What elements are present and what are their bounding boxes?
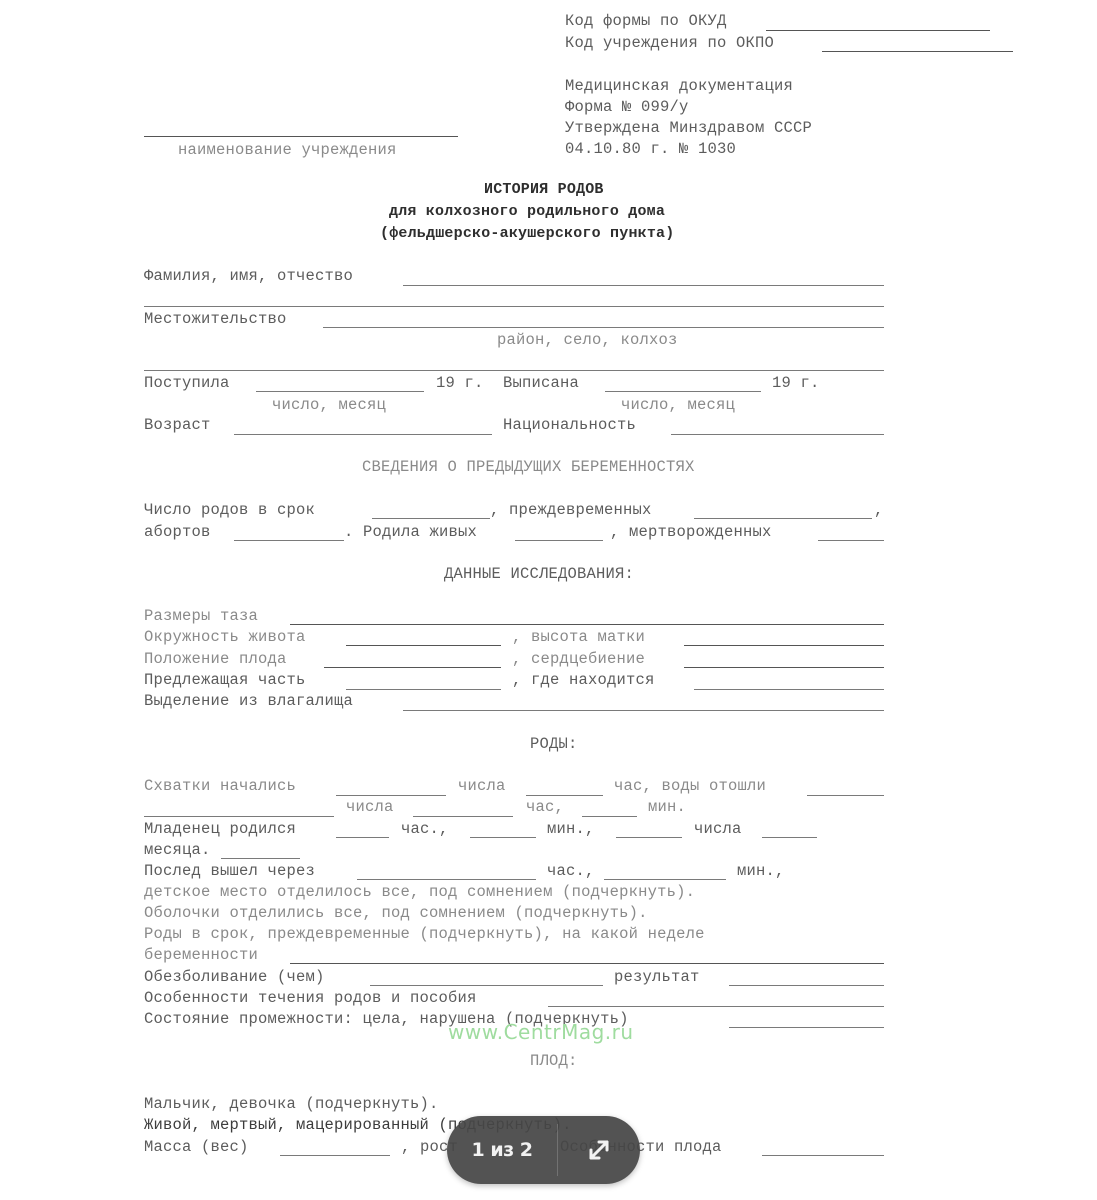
- abortions-field[interactable]: [234, 540, 344, 541]
- labor-features-label: Особенности течения родов и пособия: [144, 989, 477, 1007]
- approved-by: Утверждена Минздравом СССР: [565, 119, 812, 137]
- nationality-field[interactable]: [671, 434, 884, 435]
- month-field[interactable]: [221, 858, 300, 859]
- anesthesia-label: Обезболивание (чем): [144, 968, 325, 986]
- fio-field[interactable]: [403, 285, 884, 286]
- institution-field[interactable]: [144, 136, 458, 137]
- year-suffix-2: 19 г.: [772, 374, 820, 392]
- expand-arrows-icon: [586, 1137, 612, 1163]
- placenta-min-field[interactable]: [604, 879, 726, 880]
- uterus-height-label: , высота матки: [512, 628, 645, 646]
- pregnancy-week-field[interactable]: [290, 963, 884, 964]
- fetus-heading: ПЛОД:: [530, 1052, 578, 1070]
- approved-date: 04.10.80 г. № 1030: [565, 140, 736, 158]
- exam-heading: ДАННЫЕ ИССЛЕДОВАНИЯ:: [444, 565, 634, 583]
- stillborn-label: , мертворожденных: [610, 523, 772, 541]
- doc-title: ИСТОРИЯ РОДОВ: [484, 181, 604, 198]
- day-label-3: числа: [694, 820, 742, 838]
- residence-caption: район, село, колхоз: [497, 331, 678, 349]
- placenta-hour-field[interactable]: [357, 879, 536, 880]
- admitted-date-field[interactable]: [256, 391, 424, 392]
- contractions-label: Схватки начались: [144, 777, 296, 795]
- perineum-field[interactable]: [729, 1027, 884, 1028]
- date-caption-2: число, месяц: [621, 396, 735, 414]
- placenta-separation: детское место отделилось все, под сомнен…: [144, 883, 695, 901]
- residence-field[interactable]: [323, 327, 884, 328]
- location-field[interactable]: [694, 689, 884, 690]
- watermark: www.CentrMag.ru: [448, 1020, 634, 1044]
- term-births-field[interactable]: [372, 518, 490, 519]
- hour-label-3: час.,: [401, 820, 449, 838]
- premature-field[interactable]: [694, 518, 872, 519]
- sex-label: Мальчик, девочка (подчеркнуть).: [144, 1095, 439, 1113]
- baby-born-min-field[interactable]: [470, 837, 536, 838]
- fetus-position-label: Положение плода: [144, 650, 287, 668]
- nationality-label: Национальность: [503, 416, 636, 434]
- uterus-height-field[interactable]: [684, 645, 884, 646]
- stillborn-field[interactable]: [818, 540, 884, 541]
- month-label: месяца.: [144, 841, 211, 859]
- term-births-label: Число родов в срок: [144, 501, 315, 519]
- presenting-part-field[interactable]: [346, 689, 501, 690]
- fio-label: Фамилия, имя, отчество: [144, 267, 353, 285]
- membranes: Оболочки отделились все, под сомнением (…: [144, 904, 648, 922]
- heartbeat-field[interactable]: [684, 667, 884, 668]
- heartbeat-label: , сердцебиение: [512, 650, 645, 668]
- born-alive-field[interactable]: [515, 540, 603, 541]
- abdomen-label: Окружность живота: [144, 628, 306, 646]
- mass-label: Масса (вес): [144, 1138, 249, 1156]
- doc-subtitle-2: (фельдшерско-акушерского пункта): [380, 225, 674, 242]
- discharge-field[interactable]: [403, 710, 884, 711]
- institution-caption: наименование учреждения: [178, 141, 397, 159]
- presenting-part-label: Предлежащая часть: [144, 671, 306, 689]
- discharged-label: Выписана: [503, 374, 579, 392]
- waters-hour-field[interactable]: [582, 816, 637, 817]
- waters-field[interactable]: [807, 795, 884, 796]
- min-label-4: мин.,: [737, 862, 785, 880]
- result-field[interactable]: [729, 985, 884, 986]
- min-label-2: мин.: [648, 798, 686, 816]
- page-indicator[interactable]: 1 из 2: [447, 1139, 557, 1161]
- waters-field-2[interactable]: [144, 816, 334, 817]
- waters-label: час, воды отошли: [614, 777, 766, 795]
- age-label: Возраст: [144, 416, 211, 434]
- okpo-label: Код учреждения по ОКПО: [565, 34, 774, 52]
- baby-born-hour-field[interactable]: [336, 837, 389, 838]
- min-label-3: мин.,: [547, 820, 595, 838]
- result-label: результат: [614, 968, 700, 986]
- pelvis-label: Размеры таза: [144, 607, 258, 625]
- pelvis-field[interactable]: [290, 624, 884, 625]
- anesthesia-field[interactable]: [370, 985, 603, 986]
- comma: ,: [874, 501, 884, 519]
- date-caption-1: число, месяц: [272, 396, 386, 414]
- location-label: , где находится: [512, 671, 655, 689]
- residence-label: Местожительство: [144, 310, 287, 328]
- born-alive-label: . Родила живых: [344, 523, 477, 541]
- year-suffix-1: 19 г.: [436, 374, 484, 392]
- labor-features-field[interactable]: [548, 1006, 884, 1007]
- page-navigator: 1 из 2: [447, 1116, 640, 1184]
- okpo-field[interactable]: [822, 51, 1013, 52]
- term-label: Роды в срок, преждевременные (подчеркнут…: [144, 925, 705, 943]
- prev-pregnancies-heading: СВЕДЕНИЯ О ПРЕДЫДУЩИХ БЕРЕМЕННОСТЯХ: [362, 458, 695, 476]
- okud-label: Код формы по ОКУД: [565, 12, 727, 30]
- day-label-2: числа: [346, 798, 394, 816]
- residence-field-2[interactable]: [144, 370, 884, 371]
- day-label-1: числа: [458, 777, 506, 795]
- placenta-label: Послед вышел через: [144, 862, 315, 880]
- admitted-label: Поступила: [144, 374, 230, 392]
- mass-field[interactable]: [280, 1155, 390, 1156]
- fio-field-2[interactable]: [144, 306, 884, 307]
- pregnancy-week-label: беременности: [144, 946, 258, 964]
- labor-heading: РОДЫ:: [530, 735, 578, 753]
- baby-born-day-field[interactable]: [616, 837, 682, 838]
- baby-born-label: Младенец родился: [144, 820, 296, 838]
- fetus-features-field[interactable]: [762, 1155, 884, 1156]
- hour-label-4: час.,: [547, 862, 595, 880]
- discharged-date-field[interactable]: [605, 391, 761, 392]
- form-number: Форма № 099/у: [565, 98, 689, 116]
- waters-day-field[interactable]: [413, 816, 513, 817]
- fullscreen-button[interactable]: [558, 1137, 640, 1163]
- okud-field[interactable]: [766, 30, 990, 31]
- abdomen-field[interactable]: [346, 645, 501, 646]
- med-doc-label: Медицинская документация: [565, 77, 793, 95]
- hour-label-2: час,: [526, 798, 564, 816]
- doc-subtitle-1: для колхозного родильного дома: [389, 203, 665, 220]
- age-field[interactable]: [234, 434, 492, 435]
- baby-born-month-field[interactable]: [762, 837, 817, 838]
- contractions-hour-field[interactable]: [526, 795, 603, 796]
- fetus-position-field[interactable]: [324, 667, 501, 668]
- discharge-label: Выделение из влагалища: [144, 692, 353, 710]
- abortions-label: абортов: [144, 523, 211, 541]
- contractions-date-field[interactable]: [336, 795, 446, 796]
- premature-label: , преждевременных: [490, 501, 652, 519]
